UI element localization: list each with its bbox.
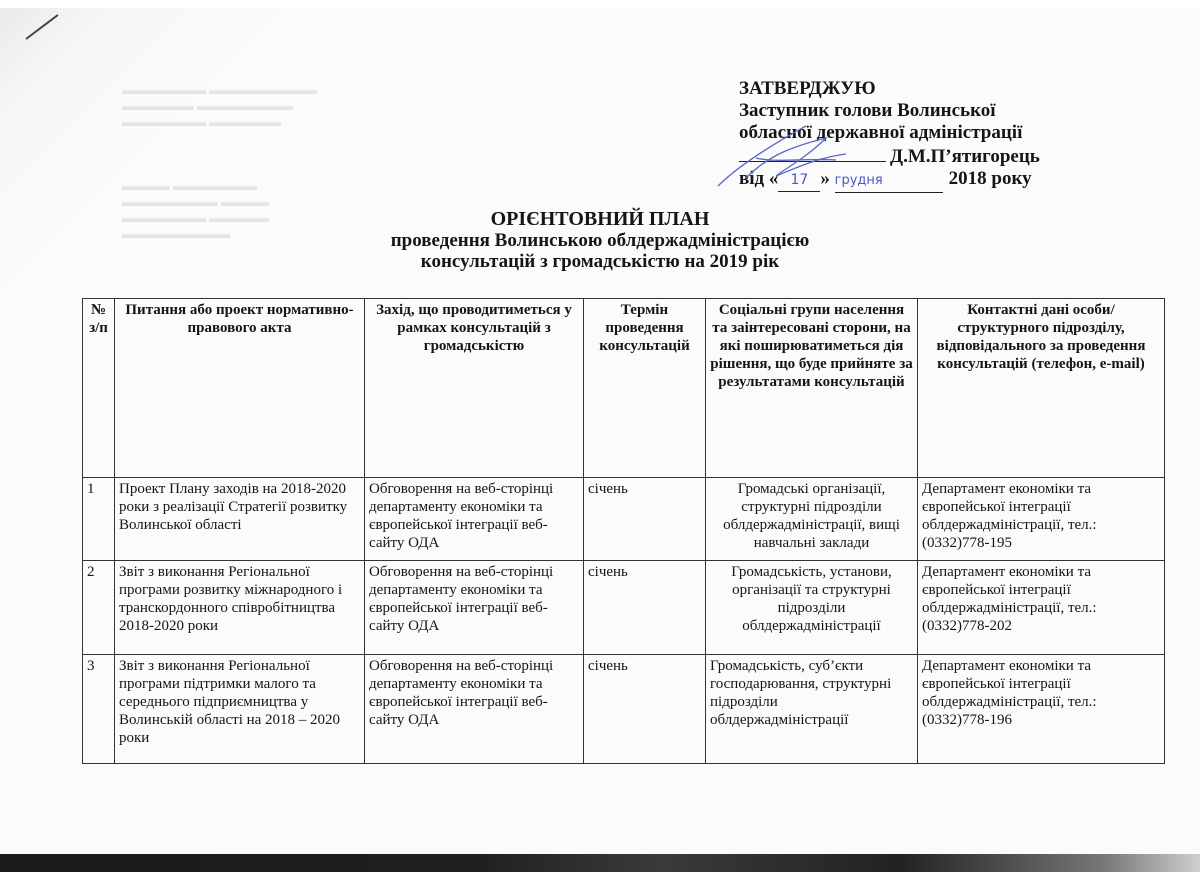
- header-groups: Соціальні групи населення та заінтересов…: [706, 299, 918, 478]
- date-year: 2018 року: [949, 168, 1032, 189]
- page-top-edge: [0, 0, 1200, 8]
- cell-number: 3: [83, 655, 115, 764]
- cell-term: січень: [584, 478, 706, 561]
- plan-title: ОРІЄНТОВНИЙ ПЛАН проведення Волинською о…: [360, 208, 840, 272]
- signatory-name: Д.М.П’ятигорець: [890, 146, 1040, 167]
- cell-subject: Проект Плану заходів на 2018-2020 роки з…: [115, 478, 365, 561]
- cell-subject: Звіт з виконання Регіональної програми р…: [115, 561, 365, 655]
- cell-activity: Обговорення на веб-сторінці департаменту…: [365, 478, 584, 561]
- plan-title-line3: консультацій з громадськістю на 2019 рік: [360, 251, 840, 272]
- cell-contact: Департамент економіки та європейської ін…: [918, 478, 1165, 561]
- cell-groups: Громадськість, суб’єкти господарювання, …: [706, 655, 918, 764]
- header-number: № з/п: [83, 299, 115, 478]
- cell-number: 1: [83, 478, 115, 561]
- cell-contact: Департамент економіки та європейської ін…: [918, 561, 1165, 655]
- signature-underline: [739, 144, 886, 162]
- approval-signature-line: Д.М.П’ятигорець: [739, 144, 1040, 168]
- table-row: 1 Проект Плану заходів на 2018-2020 роки…: [83, 478, 1165, 561]
- date-mid: »: [820, 168, 830, 189]
- table-row: 2 Звіт з виконання Регіональної програми…: [83, 561, 1165, 655]
- plan-title-line2: проведення Волинською облдержадміністрац…: [360, 230, 840, 251]
- cell-subject: Звіт з виконання Регіональної програми п…: [115, 655, 365, 764]
- approval-position-line1: Заступник голови Волинської: [739, 100, 1040, 122]
- cell-contact: Департамент економіки та європейської ін…: [918, 655, 1165, 764]
- header-subject: Питання або проект нормативно-правового …: [115, 299, 365, 478]
- cell-groups: Громадські організації, структурні підро…: [706, 478, 918, 561]
- cell-activity: Обговорення на веб-сторінці департаменту…: [365, 655, 584, 764]
- header-activity: Захід, що проводитиметься у рамках консу…: [365, 299, 584, 478]
- cell-term: січень: [584, 561, 706, 655]
- date-day-handwritten: 17: [778, 169, 820, 192]
- header-contact: Контактні дані особи/структурного підроз…: [918, 299, 1165, 478]
- cell-activity: Обговорення на веб-сторінці департаменту…: [365, 561, 584, 655]
- cell-groups: Громадськість, установи, організації та …: [706, 561, 918, 655]
- approval-heading: ЗАТВЕРДЖУЮ: [739, 78, 1040, 100]
- approval-date: від «17» грудня2018 року: [739, 168, 1040, 193]
- table-header-row: № з/п Питання або проект нормативно-прав…: [83, 299, 1165, 478]
- cell-term: січень: [584, 655, 706, 764]
- scanner-edge-shadow: [0, 854, 1200, 872]
- table-row: 3 Звіт з виконання Регіональної програми…: [83, 655, 1165, 764]
- approval-position-line2: обласної державної адміністрації: [739, 122, 1040, 144]
- consultation-plan-table: № з/п Питання або проект нормативно-прав…: [82, 298, 1165, 764]
- cell-number: 2: [83, 561, 115, 655]
- plan-title-line1: ОРІЄНТОВНИЙ ПЛАН: [360, 208, 840, 230]
- date-prefix: від «: [739, 168, 778, 189]
- date-month-handwritten: грудня: [835, 170, 943, 193]
- header-term: Термін проведення консультацій: [584, 299, 706, 478]
- approval-block: ЗАТВЕРДЖУЮ Заступник голови Волинської о…: [739, 78, 1040, 193]
